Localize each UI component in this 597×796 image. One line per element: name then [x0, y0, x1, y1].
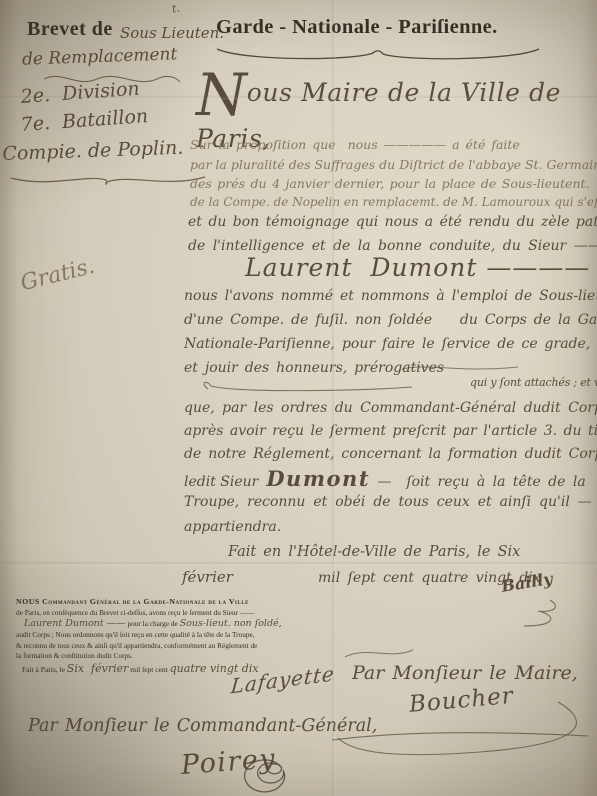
body-line: Nationale-Pariſienne, pour faire le ſerv… — [184, 336, 590, 352]
body-line: de l'intelligence et de la bonne conduit… — [188, 238, 597, 254]
attestation-trailing-flourish — [345, 648, 415, 660]
attestation-fait-label: Fait à Paris, le — [22, 665, 67, 674]
body-line: de notre Réglement, concernant la format… — [184, 446, 597, 462]
attestation-line-mixed: Laurent Dumont —— pour la charge de Sous… — [16, 618, 338, 629]
ledit-name-dumont: Dumont — [266, 466, 370, 491]
body-line: Troupe, reconnu et obéi de tous ceux et … — [184, 494, 592, 510]
dateline-day: février — [182, 568, 233, 586]
attestation-charge-insert: Sous-lieut. non ſoldé, — [180, 618, 282, 629]
closing-par-maire: Par Monſieur le Maire, — [352, 662, 578, 684]
header-brace-swash — [213, 46, 543, 62]
document-page: Brevet de Sous Lieuten. t. de Remplaceme… — [0, 0, 597, 796]
dateline-place: Fait en l'Hôtel-de-Ville de Paris, le Si… — [228, 544, 520, 560]
drop-cap-initial: N — [196, 61, 247, 129]
body-line: et du bon témoignage qui nous a été rend… — [188, 214, 597, 230]
commandant-attestation-block: NOUS Commandant Général de la Garde-Nati… — [16, 597, 338, 675]
margin-bataillon: 7e. Bataillon — [20, 105, 149, 136]
body-line: Sur la propoſition que nous ————— a été … — [190, 137, 520, 152]
margin-division: 2e. Division — [20, 78, 140, 108]
attestation-line: NOUS Commandant Général de la Garde-Nati… — [16, 597, 338, 606]
body-line: après avoir reçu le ſerment preſcrit par… — [184, 423, 597, 439]
brevet-title-hand: Sous Lieuten. — [120, 24, 224, 42]
body-line: par la pluralité des Suffrages du Diſtri… — [190, 157, 597, 172]
superscript-abbreviation-mark: t. — [171, 2, 181, 16]
margin-remplacement: de Remplacement — [22, 44, 178, 69]
leading-flourish-swash — [198, 381, 418, 395]
attaches-line: qui y ſont attachés ; et voulons — [470, 376, 597, 389]
ledit-line: ledit Sieur Dumont — ſoit reçu à la tête… — [184, 466, 586, 491]
body-line: des prés du 4 janvier dernier, pour la p… — [190, 176, 590, 191]
closing-par-commandant: Par Monſieur le Commandant-Général, — [28, 716, 377, 736]
attestation-fait-mid: mil ſept cent — [128, 665, 169, 674]
attestation-line: & reconnu de tous ceux & ainſi qu'il app… — [16, 641, 338, 650]
paper-fold-horizontal-bottom — [0, 561, 597, 566]
body-line: d'une Compe. de fuſil. non ſoldée du Cor… — [184, 312, 597, 328]
margin-underline-swash — [8, 172, 208, 188]
bailly-paraph — [508, 600, 563, 628]
prerogatives-flourish — [400, 364, 520, 374]
attestation-fait-day: Six février — [67, 662, 129, 675]
nominee-name: Laurent Dumont ———— — [245, 253, 590, 282]
attestation-line: la formation & conſtitution dudit Corps. — [16, 651, 338, 660]
margin-compagnie: Compie. de Poplin. — [2, 137, 184, 165]
margin-gratis-note: Gratis. — [18, 254, 97, 296]
attestation-name-insert: Laurent Dumont —— — [24, 618, 126, 629]
attestation-line: de Paris, en conſéquence du Brevet ci-de… — [16, 608, 338, 617]
poirey-paraph — [256, 748, 314, 796]
brevet-title-printed: Brevet de — [27, 18, 113, 41]
ledit-suffix: — ſoit reçu à la tête de la — [370, 474, 586, 490]
attestation-charge-label: pour la charge de — [126, 619, 180, 628]
body-line: de la Compe. de Nopelin en remplacemt. d… — [190, 195, 597, 209]
ledit-prefix: ledit Sieur — [184, 474, 258, 490]
attestation-line: audit Corps ; Nous ordonnons qu'il ſoit … — [16, 630, 338, 639]
body-line: que, par les ordres du Commandant-Généra… — [184, 400, 597, 416]
body-line: appartiendra. — [184, 519, 281, 535]
body-line: nous l'avons nommé et nommons à l'emploi… — [184, 288, 597, 304]
document-header-title: Garde - Nationale - Pariſienne. — [216, 16, 498, 39]
